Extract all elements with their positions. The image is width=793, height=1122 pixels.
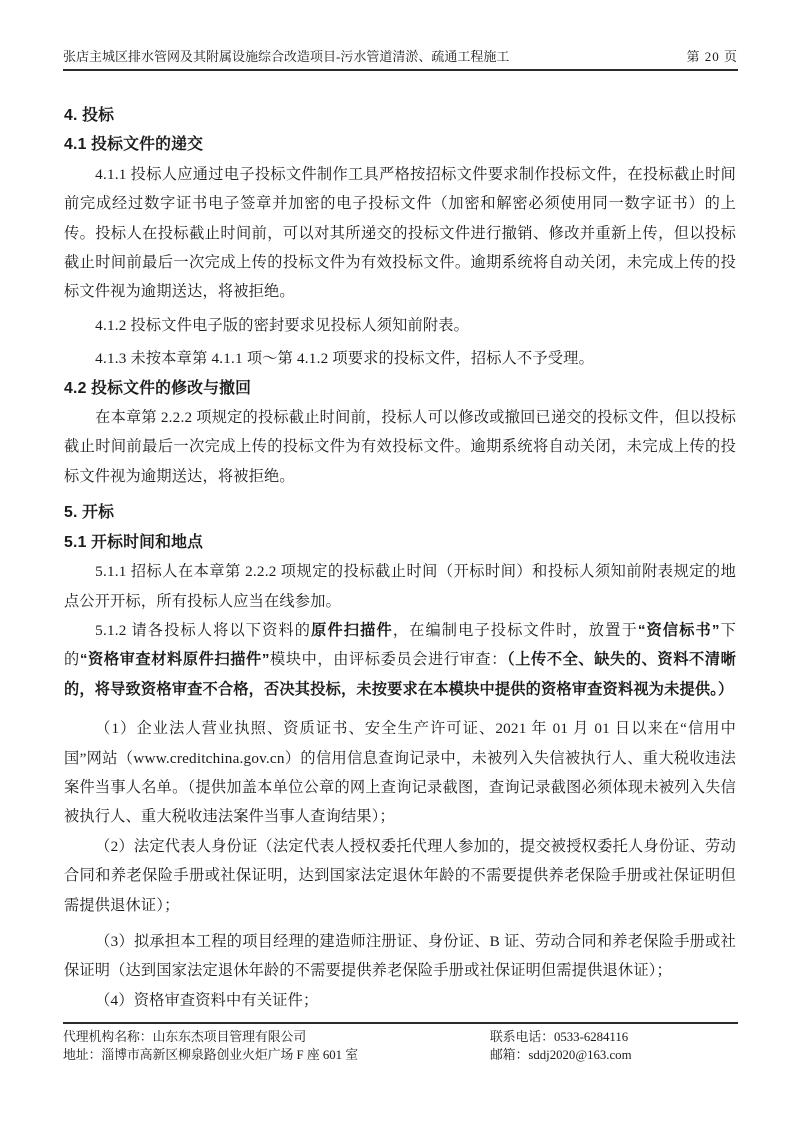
footer-agency-block: 代理机构名称：山东东杰项目管理有限公司 地址：淄博市高新区柳泉路创业火炬广场 F…	[63, 1029, 490, 1064]
footer-contact-block: 联系电话：0533-6284116 邮箱：sddj2020@163.com	[490, 1029, 738, 1064]
footer-address: 地址：淄博市高新区柳泉路创业火炬广场 F 座 601 室	[63, 1047, 490, 1065]
heading-5-bid-opening: 5. 开标	[64, 498, 736, 527]
clause-5-1-2: 5.1.2 请各投标人将以下资料的原件扫描件，在编制电子投标文件时，放置于“资信…	[64, 616, 736, 704]
clause-4-1-2: 4.1.2 投标文件电子版的密封要求见投标人须知前附表。	[64, 311, 736, 340]
header-project-title: 张店主城区排水管网及其附属设施综合改造项目-污水管道清淤、疏通工程施工	[63, 49, 509, 65]
page-footer: 代理机构名称：山东东杰项目管理有限公司 地址：淄博市高新区柳泉路创业火炬广场 F…	[63, 1022, 738, 1064]
clause-5-1-2-bold-module-name: “资格审查材料原件扫描件”	[80, 651, 270, 668]
heading-4-2-modification-withdrawal: 4.2 投标文件的修改与撤回	[64, 374, 736, 403]
document-body: 4. 投标 4.1 投标文件的递交 4.1.1 投标人应通过电子投标文件制作工具…	[64, 101, 736, 1015]
footer-phone: 联系电话：0533-6284116	[490, 1029, 738, 1047]
header-page-number: 第 20 页	[686, 49, 738, 65]
clause-4-2-body: 在本章第 2.2.2 项规定的投标截止时间前，投标人可以修改或撤回已递交的投标文…	[64, 403, 736, 491]
heading-4-bidding: 4. 投标	[64, 101, 736, 130]
list-item-3: （3）拟承担本工程的项目经理的建造师注册证、身份证、B 证、劳动合同和养老保险手…	[64, 927, 736, 986]
footer-agency-name: 代理机构名称：山东东杰项目管理有限公司	[63, 1029, 490, 1047]
list-item-4: （4）资格审查资料中有关证件；	[64, 986, 736, 1015]
document-page: 张店主城区排水管网及其附属设施综合改造项目-污水管道清淤、疏通工程施工 第 20…	[0, 0, 793, 1122]
footer-email: 邮箱：sddj2020@163.com	[490, 1047, 738, 1065]
page-header: 张店主城区排水管网及其附属设施综合改造项目-污水管道清淤、疏通工程施工 第 20…	[63, 49, 738, 71]
heading-5-1-time-place: 5.1 开标时间和地点	[64, 528, 736, 557]
clause-4-1-1: 4.1.1 投标人应通过电子投标文件制作工具严格按招标文件要求制作投标文件，在投…	[64, 160, 736, 307]
list-item-1: （1）企业法人营业执照、资质证书、安全生产许可证、2021 年 01 月 01 …	[64, 714, 736, 832]
clause-5-1-1: 5.1.1 招标人在本章第 2.2.2 项规定的投标截止时间（开标时间）和投标人…	[64, 557, 736, 616]
heading-4-1-submission: 4.1 投标文件的递交	[64, 130, 736, 159]
clause-5-1-2-text: 模块中，由评标委员会进行审查：	[270, 651, 507, 668]
clause-5-1-2-text: ，在编制电子投标文件时，放置于	[393, 622, 638, 639]
clause-4-1-3: 4.1.3 未按本章第 4.1.1 项～第 4.1.2 项要求的投标文件，招标人…	[64, 344, 736, 373]
clause-5-1-2-bold-scan-copy: 原件扫描件	[311, 622, 393, 639]
clause-5-1-2-bold-credit-bid: “资信标书”	[638, 622, 720, 639]
list-item-2: （2）法定代表人身份证（法定代表人授权委托代理人参加的，提交被授权委托人身份证、…	[64, 832, 736, 920]
clause-5-1-2-text: 5.1.2 请各投标人将以下资料的	[95, 622, 311, 639]
